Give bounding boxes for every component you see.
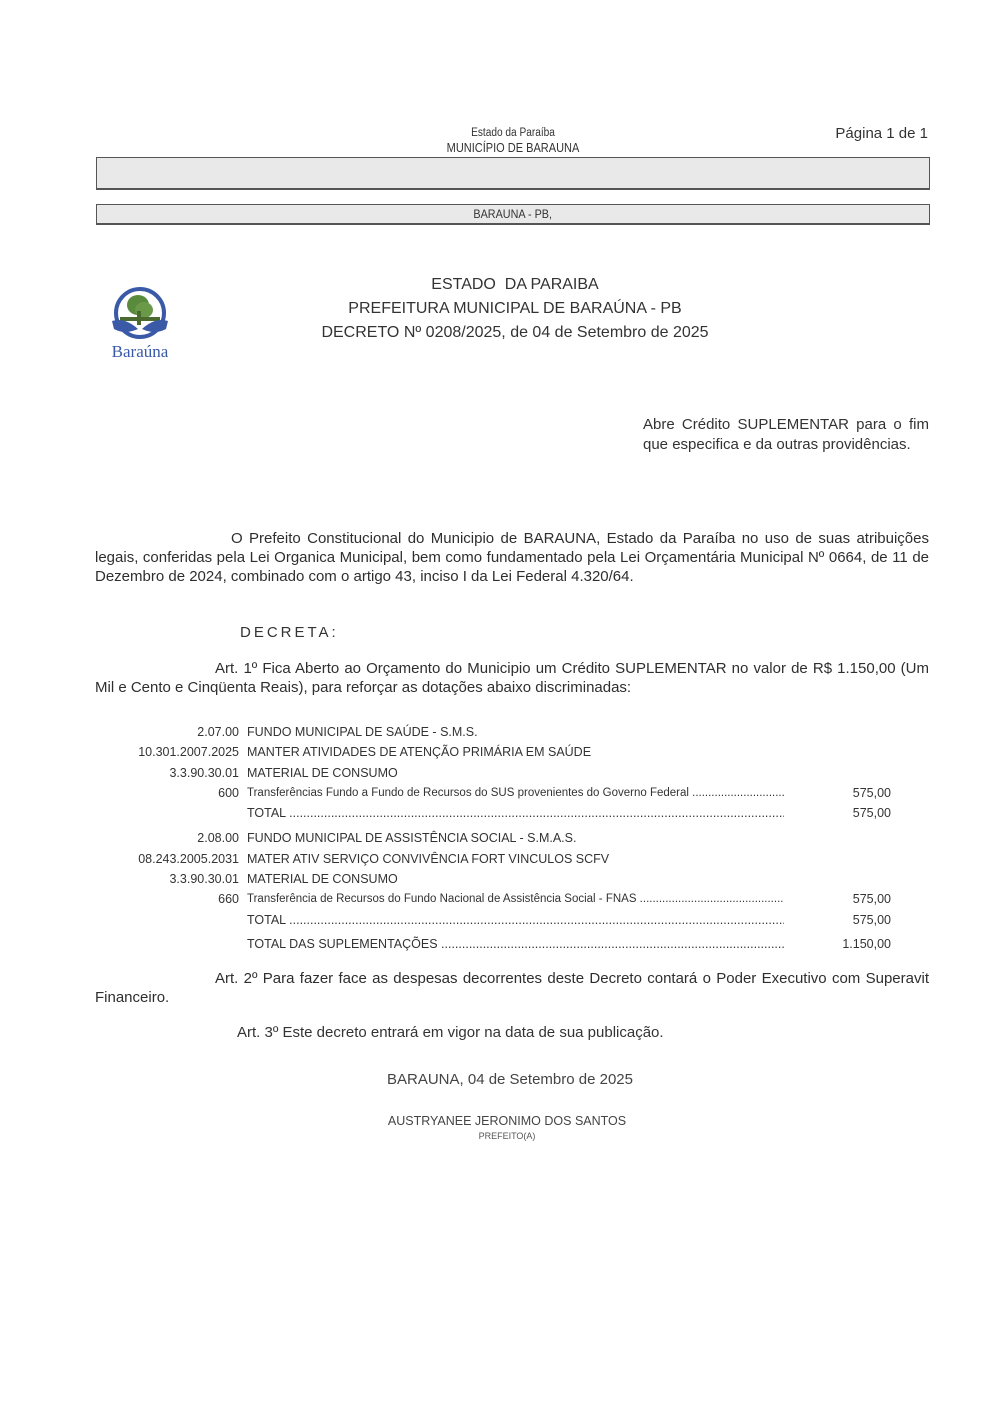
article-2: Art. 2º Para fazer face as despesas deco… [95, 969, 929, 1007]
table-row: 600Transferências Fundo a Fundo de Recur… [95, 783, 895, 803]
action-code: 10.301.2007.2025 [138, 742, 239, 762]
element-name: MATERIAL DE CONSUMO [247, 869, 784, 889]
action-name: MATER ATIV SERVIÇO CONVIVÊNCIA FORT VINC… [247, 849, 784, 869]
allocation-block: 2.07.00FUNDO MUNICIPAL DE SAÚDE - S.M.S.… [95, 722, 895, 823]
allocations-table: 2.07.00FUNDO MUNICIPAL DE SAÚDE - S.M.S.… [95, 722, 895, 954]
source-code: 600 [218, 783, 239, 803]
allocation-block: 2.08.00FUNDO MUNICIPAL DE ASSISTÊNCIA SO… [95, 828, 895, 929]
element-code: 3.3.90.30.01 [169, 763, 239, 783]
unit-name: FUNDO MUNICIPAL DE ASSISTÊNCIA SOCIAL - … [247, 828, 784, 848]
header-band [96, 157, 930, 190]
action-code: 08.243.2005.2031 [138, 849, 239, 869]
logo-text: Baraúna [100, 342, 180, 362]
total-value: 575,00 [853, 910, 891, 930]
preamble: O Prefeito Constitucional do Municipio d… [95, 529, 929, 586]
table-row: 2.07.00FUNDO MUNICIPAL DE SAÚDE - S.M.S. [95, 722, 895, 742]
header-state: Estado da Paraíba [62, 127, 965, 139]
page-number: Página 1 de 1 [835, 125, 928, 142]
element-name: MATERIAL DE CONSUMO [247, 763, 784, 783]
grand-total-value: 1.150,00 [842, 934, 891, 954]
header-location-band: BARAUNA - PB, [96, 204, 930, 225]
decreta-heading: DECRETA: [240, 624, 339, 641]
action-name: MANTER ATIVIDADES DE ATENÇÃO PRIMÁRIA EM… [247, 742, 784, 762]
grand-total-label: TOTAL DAS SUPLEMENTAÇÕES [247, 934, 784, 954]
unit-code: 2.08.00 [197, 828, 239, 848]
total-value: 575,00 [853, 803, 891, 823]
signatory-role: PREFEITO(A) [0, 1131, 1000, 1141]
total-label: TOTAL [247, 910, 784, 930]
grand-total-row: TOTAL DAS SUPLEMENTAÇÕES1.150,00 [95, 934, 895, 954]
title-prefecture: PREFEITURA MUNICIPAL DE BARAÚNA - PB [300, 300, 730, 318]
decree-summary: Abre Crédito SUPLEMENTAR para o fim que … [643, 415, 929, 454]
title-state: ESTADO DA PARAIBA [300, 276, 730, 294]
decree-number: DECRETO Nº 0208/2025, de 04 de Setembro … [300, 324, 730, 342]
signatory-name: AUSTRYANEE JERONIMO DOS SANTOS [0, 1114, 1000, 1128]
table-row: 2.08.00FUNDO MUNICIPAL DE ASSISTÊNCIA SO… [95, 828, 895, 848]
table-row: 3.3.90.30.01MATERIAL DE CONSUMO [95, 869, 895, 889]
table-row: TOTAL575,00 [95, 803, 895, 823]
source-name: Transferências Fundo a Fundo de Recursos… [247, 783, 784, 803]
header-municipality: MUNICÍPIO DE BARAUNA [62, 141, 965, 155]
source-value: 575,00 [853, 889, 891, 909]
table-row: 10.301.2007.2025MANTER ATIVIDADES DE ATE… [95, 742, 895, 762]
signature-place-date: BARAUNA, 04 de Setembro de 2025 [0, 1071, 1000, 1088]
article-1: Art. 1º Fica Aberto ao Orçamento do Muni… [95, 659, 929, 697]
source-code: 660 [218, 889, 239, 909]
header-location: BARAUNA - PB, [474, 205, 553, 223]
table-row: 3.3.90.30.01MATERIAL DE CONSUMO [95, 763, 895, 783]
element-code: 3.3.90.30.01 [169, 869, 239, 889]
source-value: 575,00 [853, 783, 891, 803]
article-3: Art. 3º Este decreto entrará em vigor na… [237, 1024, 664, 1041]
source-name: Transferência de Recursos do Fundo Nacio… [247, 889, 784, 909]
unit-name: FUNDO MUNICIPAL DE SAÚDE - S.M.S. [247, 722, 784, 742]
unit-code: 2.07.00 [197, 722, 239, 742]
table-row: 660Transferência de Recursos do Fundo Na… [95, 889, 895, 909]
total-label: TOTAL [247, 803, 784, 823]
table-row: TOTAL575,00 [95, 910, 895, 930]
table-row: 08.243.2005.2031MATER ATIV SERVIÇO CONVI… [95, 849, 895, 869]
